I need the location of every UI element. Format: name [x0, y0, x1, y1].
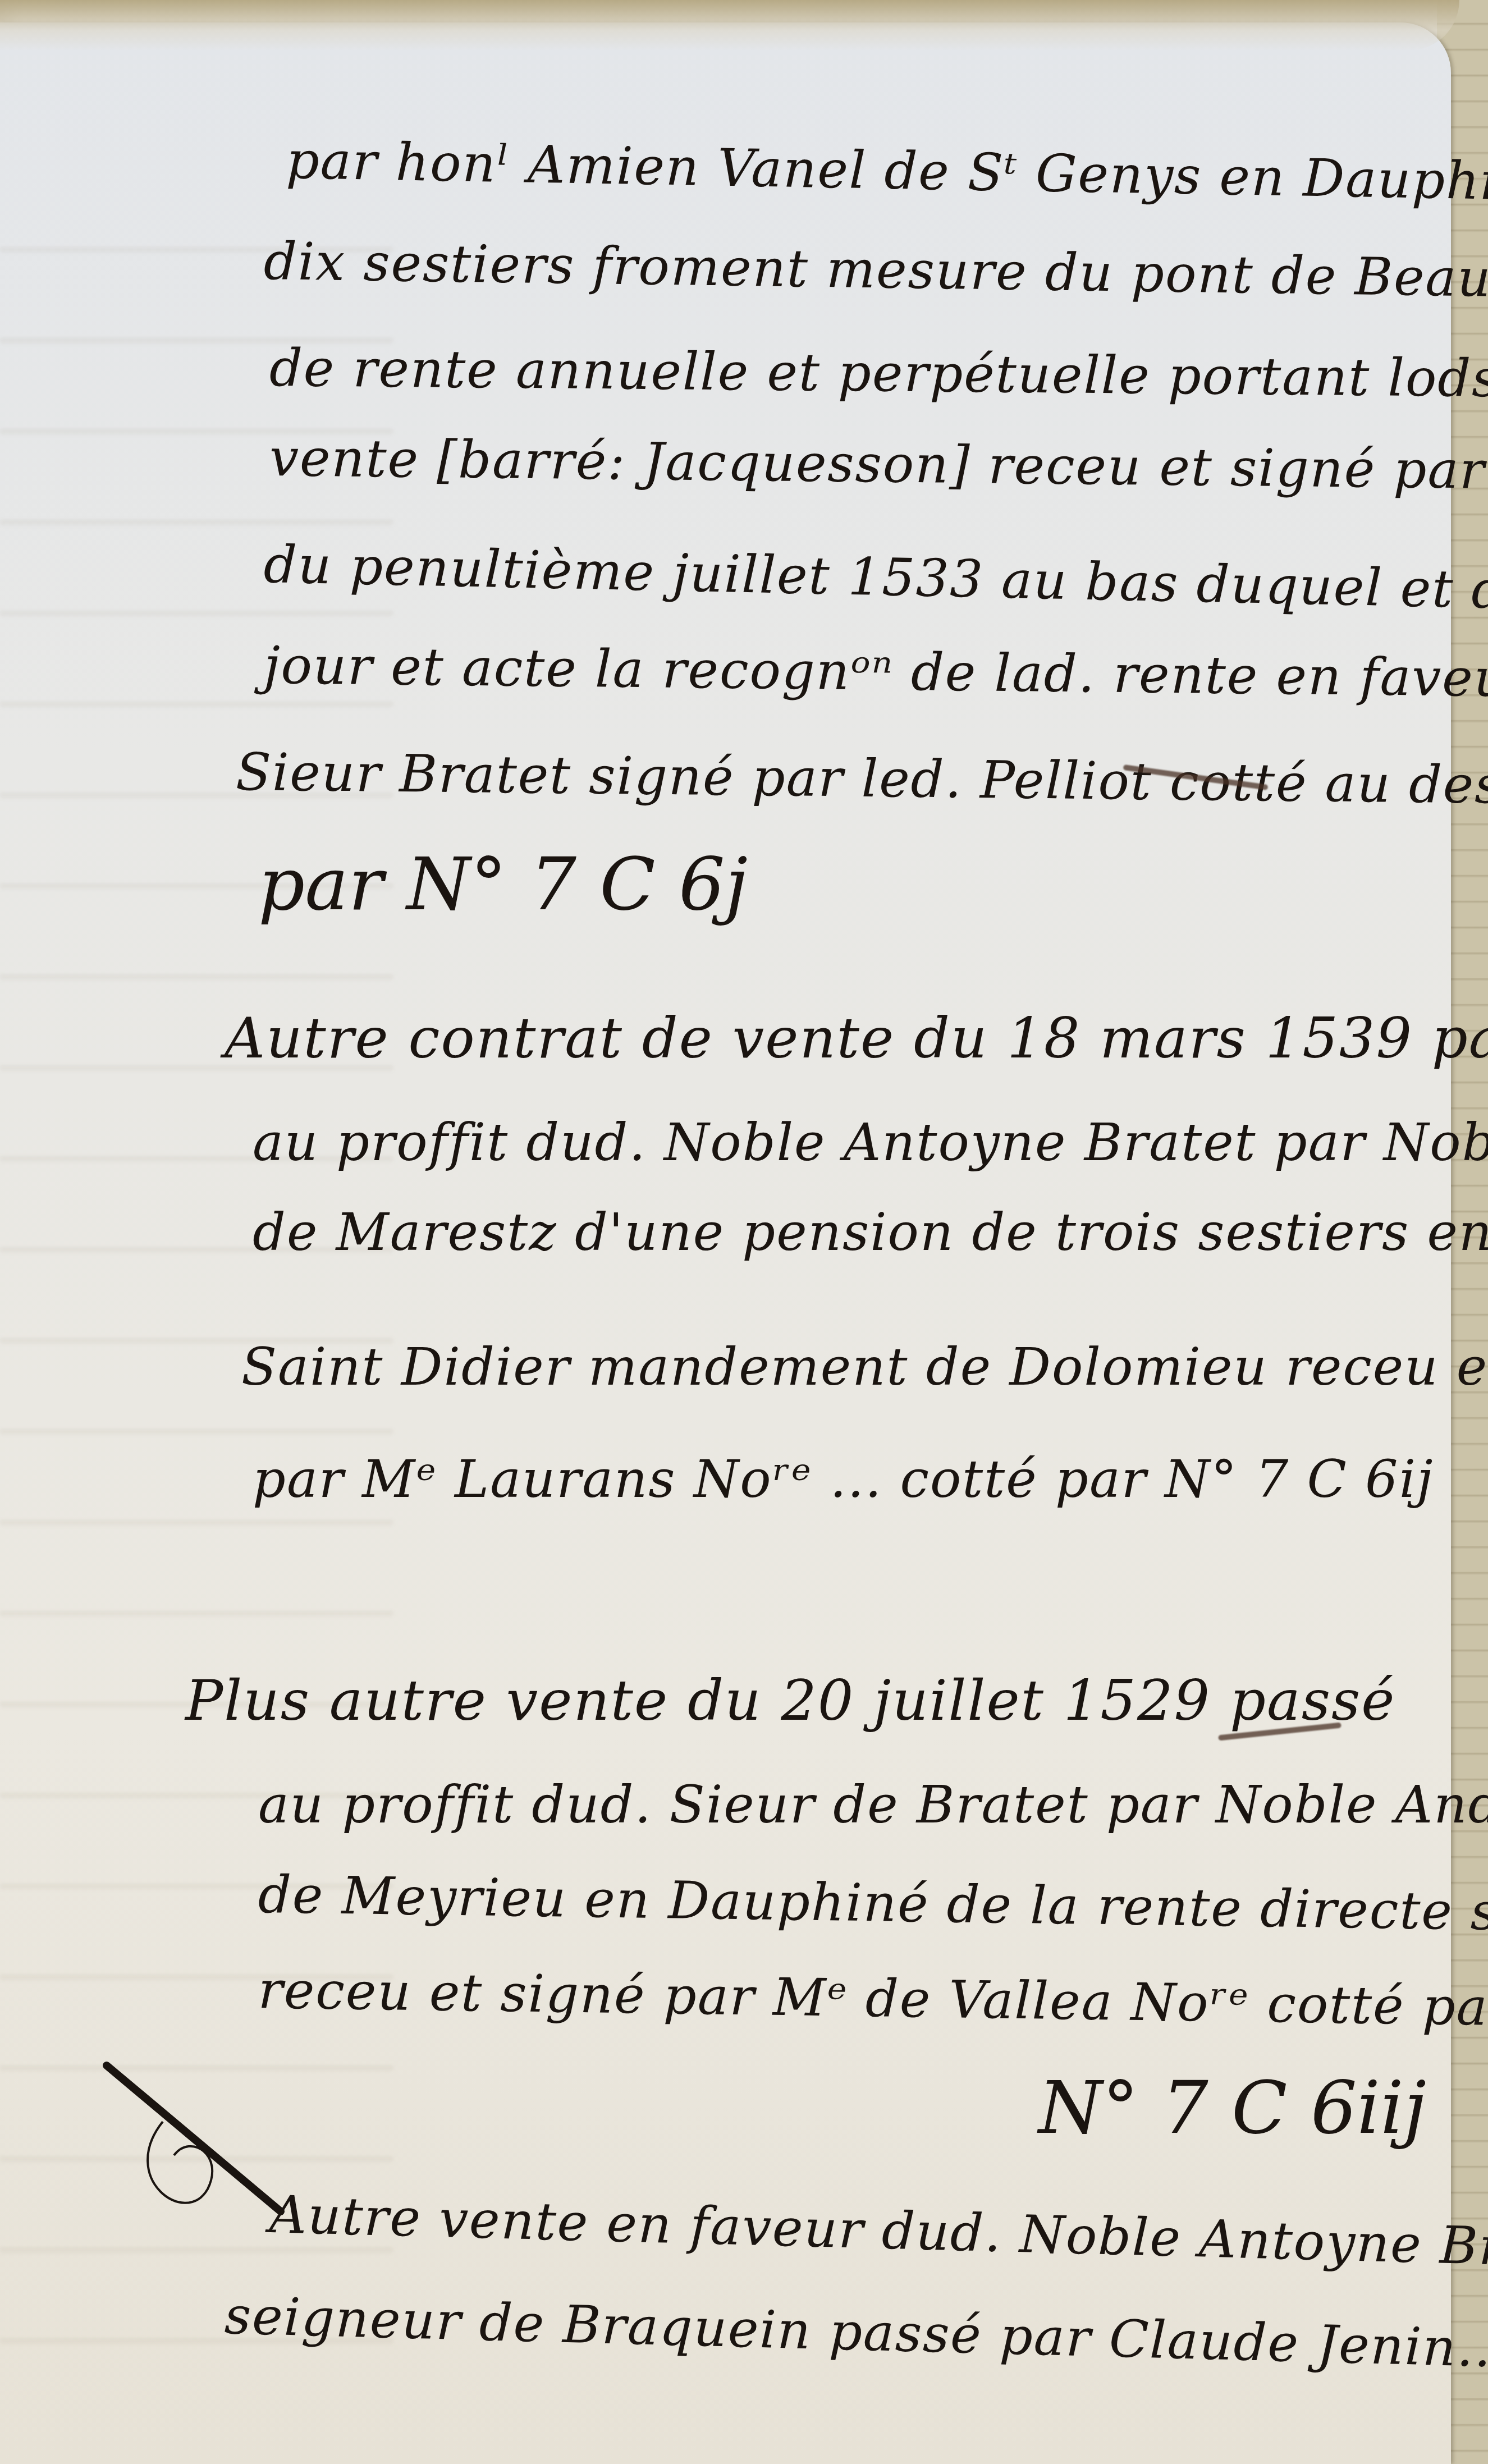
- reference-number: N° 7 C 6iij: [1038, 2071, 1426, 2144]
- text-line: Autre contrat de vente du 18 mars 1539 p…: [225, 1010, 1488, 1066]
- text-line: Saint Didier mandement de Dolomieu receu…: [241, 1341, 1488, 1393]
- text-line: de rente annuelle et perpétuelle portant…: [269, 342, 1488, 405]
- text-line: au proffit dud. Noble Antoyne Bratet par…: [253, 1117, 1488, 1169]
- top-edge-shadow: [0, 0, 1459, 51]
- text-line: jour et acte la recognᵒⁿ de lad. rente e…: [264, 640, 1488, 706]
- text-line: au proffit dud. Sieur de Bratet par Nobl…: [258, 1779, 1488, 1831]
- reference-number: par N° 7 C 6j: [258, 848, 748, 920]
- manuscript-photo: par honˡ Amien Vanel de Sᵗ Genys en Daup…: [0, 0, 1488, 2464]
- text-line: Sieur Bratet signé par led. Pelliot cott…: [236, 746, 1488, 812]
- text-line: par Mᵉ Laurans Noʳᵉ ... cotté par N° 7 C…: [253, 1454, 1434, 1505]
- text-line: vente [barré: Jacquesson] receu et signé…: [269, 432, 1488, 500]
- text-line: Plus autre vente du 20 juillet 1529 pass…: [185, 1673, 1395, 1729]
- text-line: de Marestz d'une pension de trois sestie…: [253, 1207, 1488, 1258]
